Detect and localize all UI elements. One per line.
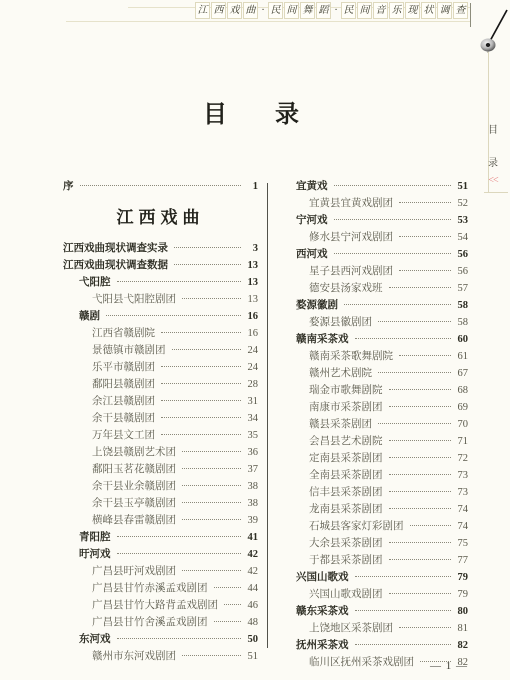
toc-entry-label: 兴国山歌戏剧团 — [309, 586, 383, 603]
dot-leader — [355, 338, 452, 339]
toc-entry: 横峰县春雷赣剧团39 — [63, 512, 258, 529]
toc-entry-label: 江西戏曲现状调查实录 — [63, 240, 168, 257]
dot-leader — [182, 298, 241, 299]
toc-entry-label: 南康市采茶剧团 — [309, 399, 383, 416]
toc-entry-page: 67 — [454, 365, 468, 382]
toc-entry-page: 60 — [454, 331, 468, 348]
toc-entry: 抚州采茶戏82 — [280, 637, 468, 654]
dot-leader — [182, 485, 241, 486]
dot-leader — [161, 332, 241, 333]
toc-entry-page: 50 — [244, 631, 258, 648]
toc-entry: 序1 — [63, 178, 258, 195]
toc-entry: 赣县采茶剧团70 — [280, 416, 468, 433]
dot-leader — [389, 491, 452, 492]
toc-entry-page: 3 — [244, 240, 258, 257]
toc-entry: 广昌县甘竹赤溪孟戏剧团44 — [63, 580, 258, 597]
pushpin-icon — [460, 6, 510, 54]
toc-entry-label: 于都县采茶剧团 — [309, 552, 383, 569]
toc-entry-label: 石城县客家灯彩剧团 — [309, 518, 404, 535]
dot-leader — [117, 281, 242, 282]
toc-entry-page: 38 — [244, 478, 258, 495]
dot-leader — [161, 417, 241, 418]
banner-char-box: 间 — [357, 2, 372, 19]
toc-entry-page: 51 — [244, 648, 258, 665]
toc-entry-page: 48 — [244, 614, 258, 631]
toc-entry: 兴国山歌戏剧团79 — [280, 586, 468, 603]
dot-leader — [117, 638, 242, 639]
toc-entry-page: 42 — [244, 546, 258, 563]
toc-entry-page: 71 — [454, 433, 468, 450]
toc-entry-page: 39 — [244, 512, 258, 529]
toc-entry-page: 77 — [454, 552, 468, 569]
toc-entry-page: 53 — [454, 212, 468, 229]
toc-entry: 修水县宁河戏剧团54 — [280, 229, 468, 246]
toc-entry-page: 70 — [454, 416, 468, 433]
toc-entry-label: 宜黄县宜黄戏剧团 — [309, 195, 393, 212]
back-marker-link[interactable]: << — [485, 175, 501, 186]
toc-entry: 弋阳腔13 — [63, 274, 258, 291]
toc-entry: 龙南县采茶剧团74 — [280, 501, 468, 518]
toc-entry-label: 江西戏曲现状调查数据 — [63, 257, 168, 274]
dot-leader — [355, 610, 452, 611]
toc-entry-label: 余干县玉亭赣剧团 — [92, 495, 176, 512]
toc-entry-page: 54 — [454, 229, 468, 246]
toc-entry-label: 横峰县春雷赣剧团 — [92, 512, 176, 529]
toc-entry-label: 赣县采茶剧团 — [309, 416, 372, 433]
toc-column-right: 宜黄戏51宜黄县宜黄戏剧团52宁河戏53修水县宁河戏剧团54西河戏56星子县西河… — [280, 178, 468, 671]
toc-entry-page: 52 — [454, 195, 468, 212]
dot-leader — [117, 553, 242, 554]
dot-leader — [182, 519, 241, 520]
toc-entry-page: 58 — [454, 297, 468, 314]
dot-leader — [182, 468, 241, 469]
toc-entry-label: 西河戏 — [296, 246, 328, 263]
banner-char-box: 舞 — [300, 2, 315, 19]
banner-char-box: 民 — [268, 2, 283, 19]
toc-entry: 鄱阳县赣剧团28 — [63, 376, 258, 393]
banner-separator-dot: · — [332, 2, 340, 19]
toc-entry-label: 瑞金市歌舞剧院 — [309, 382, 383, 399]
toc-entry-label: 弋阳县弋阳腔剧团 — [92, 291, 176, 308]
toc-entry-label: 东河戏 — [79, 631, 111, 648]
dot-leader — [389, 440, 452, 441]
dot-leader — [389, 542, 452, 543]
toc-entry-label: 余江县赣剧团 — [92, 393, 155, 410]
toc-entry-page: 24 — [244, 342, 258, 359]
toc-entry-page: 79 — [454, 586, 468, 603]
toc-entry-label: 乐平市赣剧团 — [92, 359, 155, 376]
toc-entry-page: 1 — [244, 178, 258, 195]
toc-entry-label: 兴国山歌戏 — [296, 569, 349, 586]
banner-char-box: 音 — [373, 2, 388, 19]
section-heading: 江西戏曲 — [63, 205, 258, 231]
toc-entry: 余干县赣剧团34 — [63, 410, 258, 427]
dot-leader — [182, 502, 241, 503]
dot-leader — [399, 627, 451, 628]
toc-entry-page: 72 — [454, 450, 468, 467]
toc-entry: 乐平市赣剧团24 — [63, 359, 258, 376]
toc-entry: 赣剧16 — [63, 308, 258, 325]
dot-leader — [389, 559, 452, 560]
side-tab-label-2: 录 — [485, 154, 501, 169]
toc-entry-label: 鄱阳玉茗花赣剧团 — [92, 461, 176, 478]
page-title-char-1: 目 — [203, 102, 227, 128]
dot-leader — [214, 587, 242, 588]
toc-entry-label: 宜黄戏 — [296, 178, 328, 195]
toc-entry: 德安县汤家戏班57 — [280, 280, 468, 297]
toc-entry-label: 鄱阳县赣剧团 — [92, 376, 155, 393]
toc-entry: 赣南采茶歌舞剧院61 — [280, 348, 468, 365]
toc-entry: 宁河戏53 — [280, 212, 468, 229]
toc-entry-page: 79 — [454, 569, 468, 586]
dot-leader — [161, 383, 241, 384]
toc-entry-label: 广昌县甘竹大路背孟戏剧团 — [92, 597, 218, 614]
toc-entry-page: 13 — [244, 257, 258, 274]
toc-entry-page: 28 — [244, 376, 258, 393]
toc-entry-label: 婺源县徽剧团 — [309, 314, 372, 331]
toc-entry: 于都县采茶剧团77 — [280, 552, 468, 569]
toc-entry-page: 24 — [244, 359, 258, 376]
toc-entry-label: 赣南采茶歌舞剧院 — [309, 348, 393, 365]
dot-leader — [389, 474, 452, 475]
toc-entry-page: 75 — [454, 535, 468, 552]
toc-entry-label: 上饶县赣剧艺术团 — [92, 444, 176, 461]
dot-leader — [161, 434, 241, 435]
toc-entry-page: 57 — [454, 280, 468, 297]
toc-entry: 鄱阳玉茗花赣剧团37 — [63, 461, 258, 478]
dot-leader — [117, 536, 242, 537]
dot-leader — [355, 576, 452, 577]
toc-entry: 江西戏曲现状调查实录3 — [63, 240, 258, 257]
toc-entry: 赣州市东河戏剧团51 — [63, 648, 258, 665]
toc-entry-page: 41 — [244, 529, 258, 546]
toc-entry: 赣州艺术剧院67 — [280, 365, 468, 382]
toc-entry: 赣南采茶戏60 — [280, 331, 468, 348]
toc-entry-label: 赣南采茶戏 — [296, 331, 349, 348]
toc-entry: 石城县客家灯彩剧团74 — [280, 518, 468, 535]
toc-entry: 东河戏50 — [63, 631, 258, 648]
toc-entry-page: 46 — [244, 597, 258, 614]
toc-entry: 余干县业余赣剧团38 — [63, 478, 258, 495]
toc-entry-page: 74 — [454, 501, 468, 518]
dot-leader — [399, 202, 451, 203]
toc-entry-page: 13 — [244, 291, 258, 308]
toc-entry-page: 36 — [244, 444, 258, 461]
folio-page-number: — 1 — — [280, 660, 468, 672]
toc-entry-page: 35 — [244, 427, 258, 444]
dot-leader — [344, 304, 451, 305]
toc-entry: 宜黄戏51 — [280, 178, 468, 195]
dot-leader — [174, 264, 241, 265]
toc-entry-page: 42 — [244, 563, 258, 580]
toc-entry: 星子县西河戏剧团56 — [280, 263, 468, 280]
toc-entry: 定南县采茶剧团72 — [280, 450, 468, 467]
dot-leader — [161, 366, 241, 367]
toc-entry: 兴国山歌戏79 — [280, 569, 468, 586]
toc-entry: 会昌县艺术剧院71 — [280, 433, 468, 450]
toc-entry-label: 大余县采茶剧团 — [309, 535, 383, 552]
toc-entry-page: 51 — [454, 178, 468, 195]
toc-entry: 广昌县甘竹舍溪孟戏剧团48 — [63, 614, 258, 631]
dot-leader — [334, 185, 452, 186]
toc-entry-label: 余干县赣剧团 — [92, 410, 155, 427]
toc-entry-page: 58 — [454, 314, 468, 331]
toc-entry: 大余县采茶剧团75 — [280, 535, 468, 552]
toc-column-left: 序1江西戏曲江西戏曲现状调查实录3江西戏曲现状调查数据13弋阳腔13弋阳县弋阳腔… — [63, 178, 258, 665]
dot-leader — [410, 525, 452, 526]
toc-entry-label: 旴河戏 — [79, 546, 111, 563]
toc-entry-page: 82 — [454, 637, 468, 654]
toc-entry-label: 上饶地区采茶剧团 — [309, 620, 393, 637]
page-title-char-2: 录 — [275, 102, 299, 128]
column-divider-rule — [267, 183, 268, 648]
toc-entry: 西河戏56 — [280, 246, 468, 263]
toc-entry-label: 抚州采茶戏 — [296, 637, 349, 654]
toc-entry-label: 万年县文工团 — [92, 427, 155, 444]
toc-entry-page: 16 — [244, 325, 258, 342]
toc-entry-label: 全南县采茶剧团 — [309, 467, 383, 484]
toc-entry-page: 38 — [244, 495, 258, 512]
toc-entry-label: 广昌县甘竹舍溪孟戏剧团 — [92, 614, 208, 631]
toc-entry-page: 34 — [244, 410, 258, 427]
banner-char-box: 蹈 — [316, 2, 331, 19]
dot-leader — [214, 621, 242, 622]
dot-leader — [106, 315, 241, 316]
dot-leader — [389, 508, 452, 509]
dot-leader — [182, 655, 241, 656]
toc-entry-label: 余干县业余赣剧团 — [92, 478, 176, 495]
toc-entry-page: 44 — [244, 580, 258, 597]
dot-leader — [378, 423, 451, 424]
toc-entry-page: 80 — [454, 603, 468, 620]
toc-entry: 广昌县旴河戏剧团42 — [63, 563, 258, 580]
dot-leader — [389, 457, 452, 458]
toc-entry: 南康市采茶剧团69 — [280, 399, 468, 416]
toc-entry-page: 68 — [454, 382, 468, 399]
header-banner: 江西戏曲·民间舞蹈·民间音乐现状调查 — [195, 2, 468, 19]
dot-leader — [80, 185, 242, 186]
banner-char-box: 调 — [437, 2, 452, 19]
side-tab-bottom-rule — [484, 192, 508, 193]
dot-leader — [182, 451, 241, 452]
toc-entry-label: 定南县采茶剧团 — [309, 450, 383, 467]
toc-entry: 上饶地区采茶剧团81 — [280, 620, 468, 637]
toc-entry-label: 婺源徽剧 — [296, 297, 338, 314]
toc-entry-page: 74 — [454, 518, 468, 535]
toc-entry-label: 赣州艺术剧院 — [309, 365, 372, 382]
dot-leader — [399, 355, 451, 356]
toc-entry: 弋阳县弋阳腔剧团13 — [63, 291, 258, 308]
toc-entry-label: 赣剧 — [79, 308, 100, 325]
banner-char-box: 现 — [405, 2, 420, 19]
toc-entry-page: 37 — [244, 461, 258, 478]
toc-entry: 宜黄县宜黄戏剧团52 — [280, 195, 468, 212]
dot-leader — [334, 219, 452, 220]
dot-leader — [389, 406, 452, 407]
page-title: 目 录 — [0, 94, 502, 129]
dot-leader — [161, 400, 241, 401]
toc-entry-label: 序 — [63, 178, 74, 195]
toc-entry: 婺源县徽剧团58 — [280, 314, 468, 331]
banner-char-box: 西 — [211, 2, 226, 19]
banner-char-box: 间 — [284, 2, 299, 19]
toc-entry-page: 61 — [454, 348, 468, 365]
toc-entry-label: 会昌县艺术剧院 — [309, 433, 383, 450]
banner-char-box: 民 — [341, 2, 356, 19]
dot-leader — [378, 372, 451, 373]
toc-entry-page: 31 — [244, 393, 258, 410]
toc-entry-label: 宁河戏 — [296, 212, 328, 229]
dot-leader — [399, 270, 451, 271]
toc-entry-label: 景德镇市赣剧团 — [92, 342, 166, 359]
toc-entry-page: 56 — [454, 263, 468, 280]
dot-leader — [224, 604, 241, 605]
dot-leader — [399, 236, 451, 237]
toc-entry-page: 56 — [454, 246, 468, 263]
dot-leader — [172, 349, 242, 350]
toc-entry-label: 德安县汤家戏班 — [309, 280, 383, 297]
toc-entry: 江西省赣剧院16 — [63, 325, 258, 342]
toc-entry: 余干县玉亭赣剧团38 — [63, 495, 258, 512]
toc-entry-label: 弋阳腔 — [79, 274, 111, 291]
dot-leader — [334, 253, 452, 254]
header-rule-bottom — [66, 21, 470, 22]
toc-entry-label: 广昌县甘竹赤溪孟戏剧团 — [92, 580, 208, 597]
toc-entry-label: 赣东采茶戏 — [296, 603, 349, 620]
dot-leader — [389, 389, 452, 390]
dot-leader — [174, 247, 241, 248]
toc-entry-page: 13 — [244, 274, 258, 291]
banner-char-box: 江 — [195, 2, 210, 19]
toc-entry-label: 江西省赣剧院 — [92, 325, 155, 342]
toc-entry: 婺源徽剧58 — [280, 297, 468, 314]
dot-leader — [355, 644, 452, 645]
toc-entry: 全南县采茶剧团73 — [280, 467, 468, 484]
banner-separator-dot: · — [259, 2, 267, 19]
toc-entry-page: 81 — [454, 620, 468, 637]
banner-char-box: 曲 — [243, 2, 258, 19]
toc-entry: 旴河戏42 — [63, 546, 258, 563]
toc-entry: 余江县赣剧团31 — [63, 393, 258, 410]
toc-entry-label: 广昌县旴河戏剧团 — [92, 563, 176, 580]
toc-entry-label: 龙南县采茶剧团 — [309, 501, 383, 518]
dot-leader — [389, 593, 452, 594]
banner-char-box: 状 — [421, 2, 436, 19]
toc-entry-label: 修水县宁河戏剧团 — [309, 229, 393, 246]
toc-entry-page: 73 — [454, 484, 468, 501]
toc-entry-label: 星子县西河戏剧团 — [309, 263, 393, 280]
dot-leader — [378, 321, 451, 322]
toc-entry-page: 73 — [454, 467, 468, 484]
toc-entry: 景德镇市赣剧团24 — [63, 342, 258, 359]
toc-entry-page: 69 — [454, 399, 468, 416]
toc-entry: 信丰县采茶剧团73 — [280, 484, 468, 501]
dot-leader — [182, 570, 241, 571]
toc-entry-label: 青阳腔 — [79, 529, 111, 546]
toc-entry-page: 16 — [244, 308, 258, 325]
toc-entry: 瑞金市歌舞剧院68 — [280, 382, 468, 399]
banner-char-box: 戏 — [227, 2, 242, 19]
banner-char-box: 乐 — [389, 2, 404, 19]
dot-leader — [389, 287, 452, 288]
toc-entry: 万年县文工团35 — [63, 427, 258, 444]
toc-entry: 赣东采茶戏80 — [280, 603, 468, 620]
toc-entry: 青阳腔41 — [63, 529, 258, 546]
toc-entry-label: 信丰县采茶剧团 — [309, 484, 383, 501]
toc-entry-label: 赣州市东河戏剧团 — [92, 648, 176, 665]
toc-entry: 上饶县赣剧艺术团36 — [63, 444, 258, 461]
toc-entry: 江西戏曲现状调查数据13 — [63, 257, 258, 274]
toc-entry: 广昌县甘竹大路背孟戏剧团46 — [63, 597, 258, 614]
